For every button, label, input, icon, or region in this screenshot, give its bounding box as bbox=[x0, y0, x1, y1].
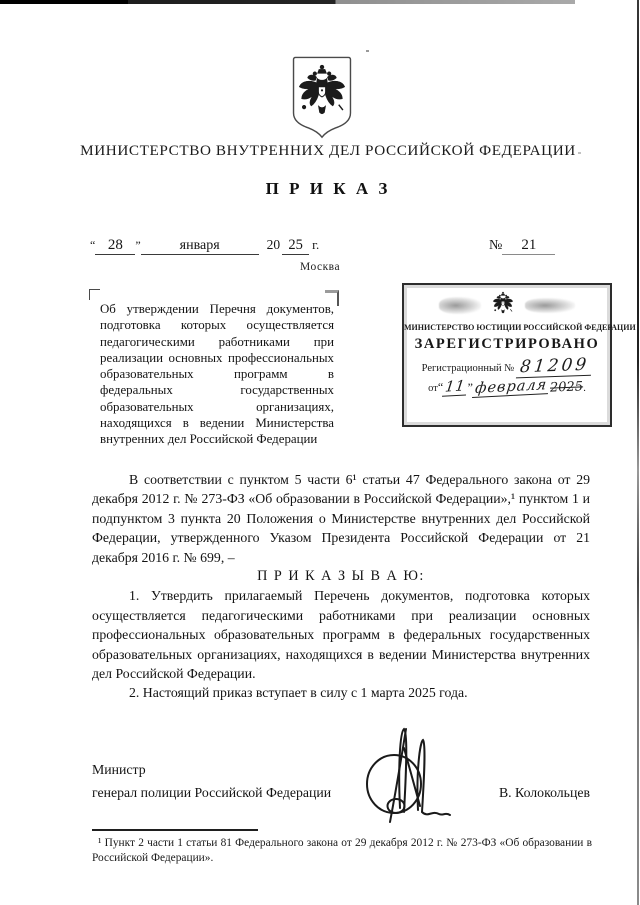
stamp-registration-number-line: Регистрационный № 81209 bbox=[404, 356, 610, 377]
order-item-1: 1. Утвердить прилагаемый Перечень докуме… bbox=[92, 586, 590, 683]
stamp-date-period: . bbox=[583, 383, 586, 394]
scan-speck bbox=[366, 50, 369, 52]
date-line: “ 28 ” января 20 25 г. bbox=[90, 237, 319, 255]
registration-stamp: МИНИСТЕРСТВО ЮСТИЦИИ РОССИЙСКОЙ ФЕДЕРАЦИ… bbox=[402, 283, 612, 427]
city-label: Москва bbox=[300, 261, 340, 273]
stamp-date-line: от “ 11 ” февраля 2025 . bbox=[404, 379, 610, 396]
year-prefix: 20 bbox=[267, 237, 281, 253]
stamp-date-label: от bbox=[428, 383, 438, 394]
footnote-divider bbox=[92, 829, 258, 831]
stamp-date-month-handwritten: февраля bbox=[472, 377, 550, 398]
stamp-smudge-left bbox=[439, 297, 481, 314]
month-value: января bbox=[141, 238, 259, 255]
number-sign: № bbox=[489, 238, 502, 254]
order-body: В соответствии с пунктом 5 части 6¹ стат… bbox=[92, 470, 590, 703]
registration-number-handwritten: 81209 bbox=[516, 355, 593, 379]
order-subject: Об утверждении Перечня документов, подго… bbox=[100, 301, 334, 448]
signer-name: В. Колокольцев bbox=[499, 785, 590, 801]
crop-mark-left-icon bbox=[89, 289, 100, 300]
coat-of-arms-emblem bbox=[284, 56, 360, 140]
preamble-paragraph: В соответствии с пунктом 5 части 6¹ стат… bbox=[92, 470, 590, 567]
ministry-name-heading: МИНИСТЕРСТВО ВНУТРЕННИХ ДЕЛ РОССИЙСКОЙ Ф… bbox=[8, 142, 640, 160]
decree-word: П Р И К А З Ы В А Ю: bbox=[92, 567, 590, 586]
year-short-value: 25 bbox=[282, 237, 309, 255]
signature-block: Министр генерал полиции Российской Федер… bbox=[92, 762, 590, 801]
registration-number-label: Регистрационный № bbox=[422, 363, 515, 374]
stamp-smudge-right bbox=[525, 298, 575, 313]
stamp-eagle-icon bbox=[490, 290, 516, 320]
stamp-agency-name: МИНИСТЕРСТВО ЮСТИЦИИ РОССИЙСКОЙ ФЕДЕРАЦИ… bbox=[404, 323, 610, 332]
stamp-registered-label: ЗАРЕГИСТРИРОВАНО bbox=[404, 336, 610, 353]
signer-post-line1: Министр bbox=[92, 762, 590, 778]
day-value: 28 bbox=[95, 237, 135, 255]
document-type-title: П Р И К А З bbox=[8, 179, 640, 199]
order-number-value: 21 bbox=[502, 237, 555, 255]
stamp-header-row bbox=[404, 290, 610, 320]
year-suffix: г. bbox=[312, 237, 319, 253]
scan-artifact-right-line bbox=[637, 0, 639, 905]
signer-post-line2: генерал полиции Российской Федерации bbox=[92, 785, 331, 801]
order-item-2: 2. Настоящий приказ вступает в силу с 1 … bbox=[92, 683, 590, 702]
stamp-date-year-handwritten: 2025 bbox=[550, 379, 584, 395]
stamp-date-day-handwritten: 11 bbox=[442, 378, 469, 396]
scanned-order-page: МИНИСТЕРСТВО ВНУТРЕННИХ ДЕЛ РОССИЙСКОЙ Ф… bbox=[0, 0, 640, 905]
footnote-text: ¹ Пункт 2 части 1 статьи 81 Федерального… bbox=[92, 836, 592, 866]
scan-artifact-top-bar bbox=[0, 0, 575, 4]
order-number-line: № 21 bbox=[489, 237, 555, 255]
